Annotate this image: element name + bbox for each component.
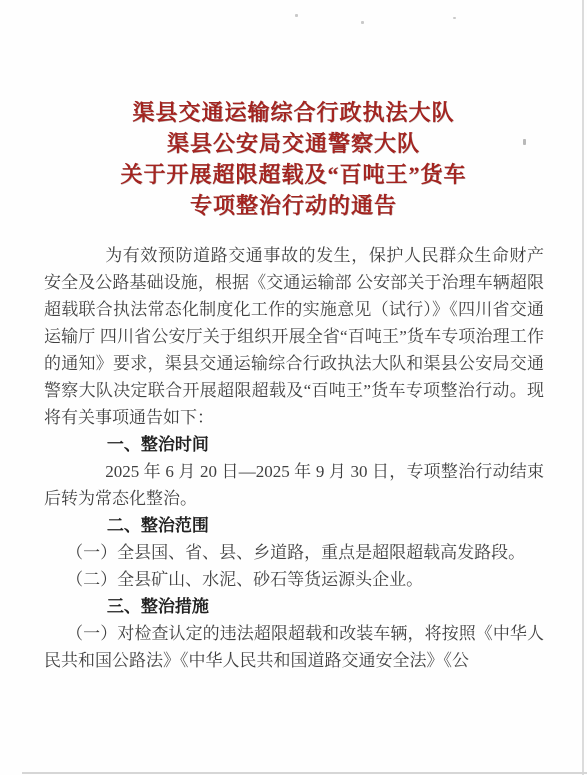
- body-paragraph: 2025 年 6 月 20 日—2025 年 9 月 30 日，专项整治行动结束…: [44, 458, 544, 512]
- scan-edge-bottom: [22, 772, 587, 774]
- section-heading: 三、整治措施: [44, 593, 544, 620]
- body-paragraph: （二）全县矿山、水泥、砂石等货运源头企业。: [44, 566, 544, 593]
- body-paragraph: 为有效预防道路交通事故的发生，保护人民群众生命财产安全及公路基础设施，根据《交通…: [44, 242, 544, 431]
- scan-speck: [295, 14, 298, 17]
- scan-speck: [453, 17, 456, 19]
- title-line: 关于开展超限超载及“百吨王”货车: [0, 159, 587, 190]
- notice-body: 为有效预防道路交通事故的发生，保护人民群众生命财产安全及公路基础设施，根据《交通…: [44, 242, 544, 674]
- section-heading: 一、整治时间: [44, 431, 544, 458]
- title-line: 渠县公安局交通警察大队: [0, 128, 587, 159]
- title-line: 渠县交通运输综合行政执法大队: [0, 97, 587, 128]
- notice-title: 渠县交通运输综合行政执法大队渠县公安局交通警察大队关于开展超限超载及“百吨王”货…: [0, 97, 587, 221]
- title-line: 专项整治行动的通告: [0, 190, 587, 221]
- scanned-notice-page: 渠县交通运输综合行政执法大队渠县公安局交通警察大队关于开展超限超载及“百吨王”货…: [0, 0, 587, 775]
- body-paragraph: （一）对检查认定的违法超限超载和改装车辆，将按照《中华人民共和国公路法》《中华人…: [44, 620, 544, 674]
- body-paragraph: （一）全县国、省、县、乡道路，重点是超限超载高发路段。: [44, 539, 544, 566]
- section-heading: 二、整治范围: [44, 512, 544, 539]
- scan-edge-right: [582, 0, 584, 775]
- scan-speck: [361, 21, 364, 24]
- scan-speck: [523, 139, 526, 145]
